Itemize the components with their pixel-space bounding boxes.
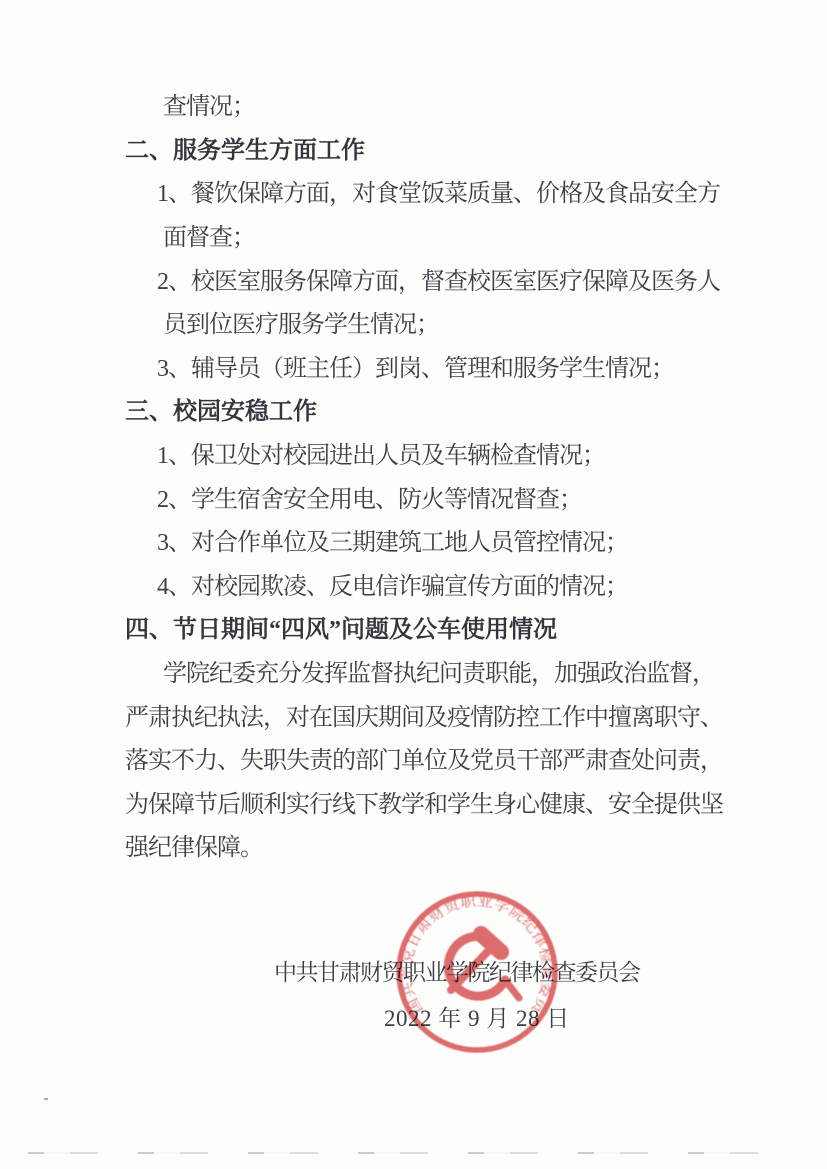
document-line: 为保障节后顺利实行线下教学和学生身心健康、安全提供坚 bbox=[125, 780, 745, 824]
document-body: 查情况； 二、服务学生方面工作 1、餐饮保障方面，对食堂饭菜质量、价格及食品安全… bbox=[125, 82, 745, 867]
document-line: 查情况； bbox=[125, 82, 745, 126]
document-line: 2、学生宿舍安全用电、防火等情况督查； bbox=[125, 474, 745, 518]
document-line: 1、餐饮保障方面，对食堂饭菜质量、价格及食品安全方 bbox=[125, 169, 745, 213]
scanned-document-page: 查情况； 二、服务学生方面工作 1、餐饮保障方面，对食堂饭菜质量、价格及食品安全… bbox=[0, 0, 827, 1169]
document-line: 强纪律保障。 bbox=[125, 823, 745, 867]
document-line: 学院纪委充分发挥监督执纪问责职能，加强政治监督， bbox=[125, 649, 745, 693]
document-line: 面督查； bbox=[125, 213, 745, 257]
hammer-sickle-icon bbox=[448, 934, 519, 998]
document-line: 3、对合作单位及三期建筑工地人员管控情况； bbox=[125, 518, 745, 562]
document-line: 4、对校园欺凌、反电信诈骗宣传方面的情况； bbox=[125, 562, 745, 606]
document-line: 严肃执纪执法，对在国庆期间及疫情防控工作中擅离职守、 bbox=[125, 692, 745, 736]
document-line: 落实不力、失职失责的部门单位及党员干部严肃查处问责， bbox=[125, 736, 745, 780]
official-seal: 中国共产党甘肃财贸职业学院纪律检查委员会 bbox=[393, 888, 561, 1056]
document-line: 员到位医疗服务学生情况； bbox=[125, 300, 745, 344]
document-line: 2、校医室服务保障方面，督查校医室医疗保障及医务人 bbox=[125, 256, 745, 300]
section-heading-2: 二、服务学生方面工作 bbox=[125, 126, 745, 170]
section-heading-3: 三、校园安稳工作 bbox=[125, 387, 745, 431]
section-heading-4: 四、节日期间“四风”问题及公车使用情况 bbox=[125, 605, 745, 649]
document-line: 3、辅导员（班主任）到岗、管理和服务学生情况； bbox=[125, 344, 745, 388]
scan-artifact bbox=[28, 1152, 798, 1154]
scan-artifact bbox=[44, 1098, 48, 1100]
document-line: 1、保卫处对校园进出人员及车辆检查情况； bbox=[125, 431, 745, 475]
